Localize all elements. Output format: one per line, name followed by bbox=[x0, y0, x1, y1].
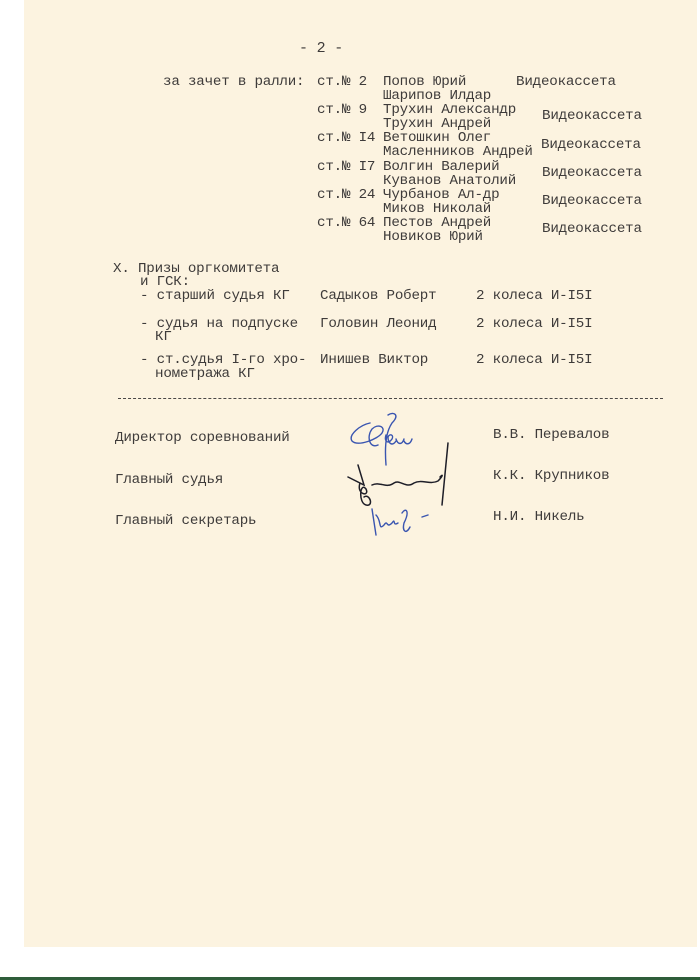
entry-driver: Попов Юрий bbox=[383, 75, 466, 89]
entry-prize: Видеокассета bbox=[541, 138, 641, 152]
entry-prize: Видеокассета bbox=[542, 109, 642, 123]
signatory-name: Н.И. Никель bbox=[493, 510, 584, 524]
entry-car-number: ст.№ I7 bbox=[317, 160, 375, 174]
award-role: - ст.судья I-го хро- bbox=[140, 353, 306, 367]
entry-car-number: ст.№ 24 bbox=[317, 188, 375, 202]
award-prize: 2 колеса И-I5I bbox=[476, 353, 592, 367]
entry-codriver: Трухин Андрей bbox=[383, 117, 491, 131]
entry-driver: Волгин Валерий bbox=[383, 160, 499, 174]
entry-driver: Ветошкин Олег bbox=[383, 131, 491, 145]
section-x-heading-cont: и ГСК: bbox=[140, 275, 190, 289]
signatory-name: В.В. Перевалов bbox=[493, 428, 609, 442]
entry-driver: Пестов Андрей bbox=[383, 216, 491, 230]
entry-driver: Чурбанов Ал-др bbox=[383, 188, 499, 202]
page-number: - 2 - bbox=[299, 42, 343, 56]
entry-car-number: ст.№ 64 bbox=[317, 216, 375, 230]
award-role: - старший судья КГ bbox=[140, 289, 290, 303]
entry-codriver: Новиков Юрий bbox=[383, 230, 483, 244]
entry-prize: Видеокассета bbox=[542, 194, 642, 208]
award-recipient: Садыков Роберт bbox=[320, 289, 436, 303]
award-recipient: Головин Леонид bbox=[320, 317, 436, 331]
entry-prize: Видеокассета bbox=[516, 75, 616, 89]
entry-car-number: ст.№ I4 bbox=[317, 131, 375, 145]
signatory-name: К.К. Крупников bbox=[493, 469, 609, 483]
entry-codriver: Масленников Андрей bbox=[383, 145, 533, 159]
entry-codriver: Шарипов Илдар bbox=[383, 89, 491, 103]
signatory-title: Главный секретарь bbox=[115, 514, 256, 528]
entry-prize: Видеокассета bbox=[542, 166, 642, 180]
award-role-cont: КГ bbox=[155, 330, 172, 344]
signatory-title: Директор соревнований bbox=[115, 431, 290, 445]
award-role-cont: нометража КГ bbox=[155, 367, 255, 381]
dashed-divider bbox=[118, 398, 663, 399]
signatory-title: Главный судья bbox=[115, 473, 223, 487]
entry-car-number: ст.№ 9 bbox=[317, 103, 367, 117]
award-recipient: Инишев Виктор bbox=[320, 353, 428, 367]
entry-codriver: Миков Николай bbox=[383, 202, 491, 216]
rally-label: за зачет в ралли: bbox=[163, 75, 304, 89]
entry-car-number: ст.№ 2 bbox=[317, 75, 367, 89]
section-x-heading: Х. Призы оргкомитета bbox=[113, 262, 279, 276]
handwritten-signatures bbox=[330, 405, 470, 545]
entry-prize: Видеокассета bbox=[542, 222, 642, 236]
entry-codriver: Куванов Анатолий bbox=[383, 174, 516, 188]
award-prize: 2 колеса И-I5I bbox=[476, 289, 592, 303]
award-prize: 2 колеса И-I5I bbox=[476, 317, 592, 331]
entry-driver: Трухин Александр bbox=[383, 103, 516, 117]
